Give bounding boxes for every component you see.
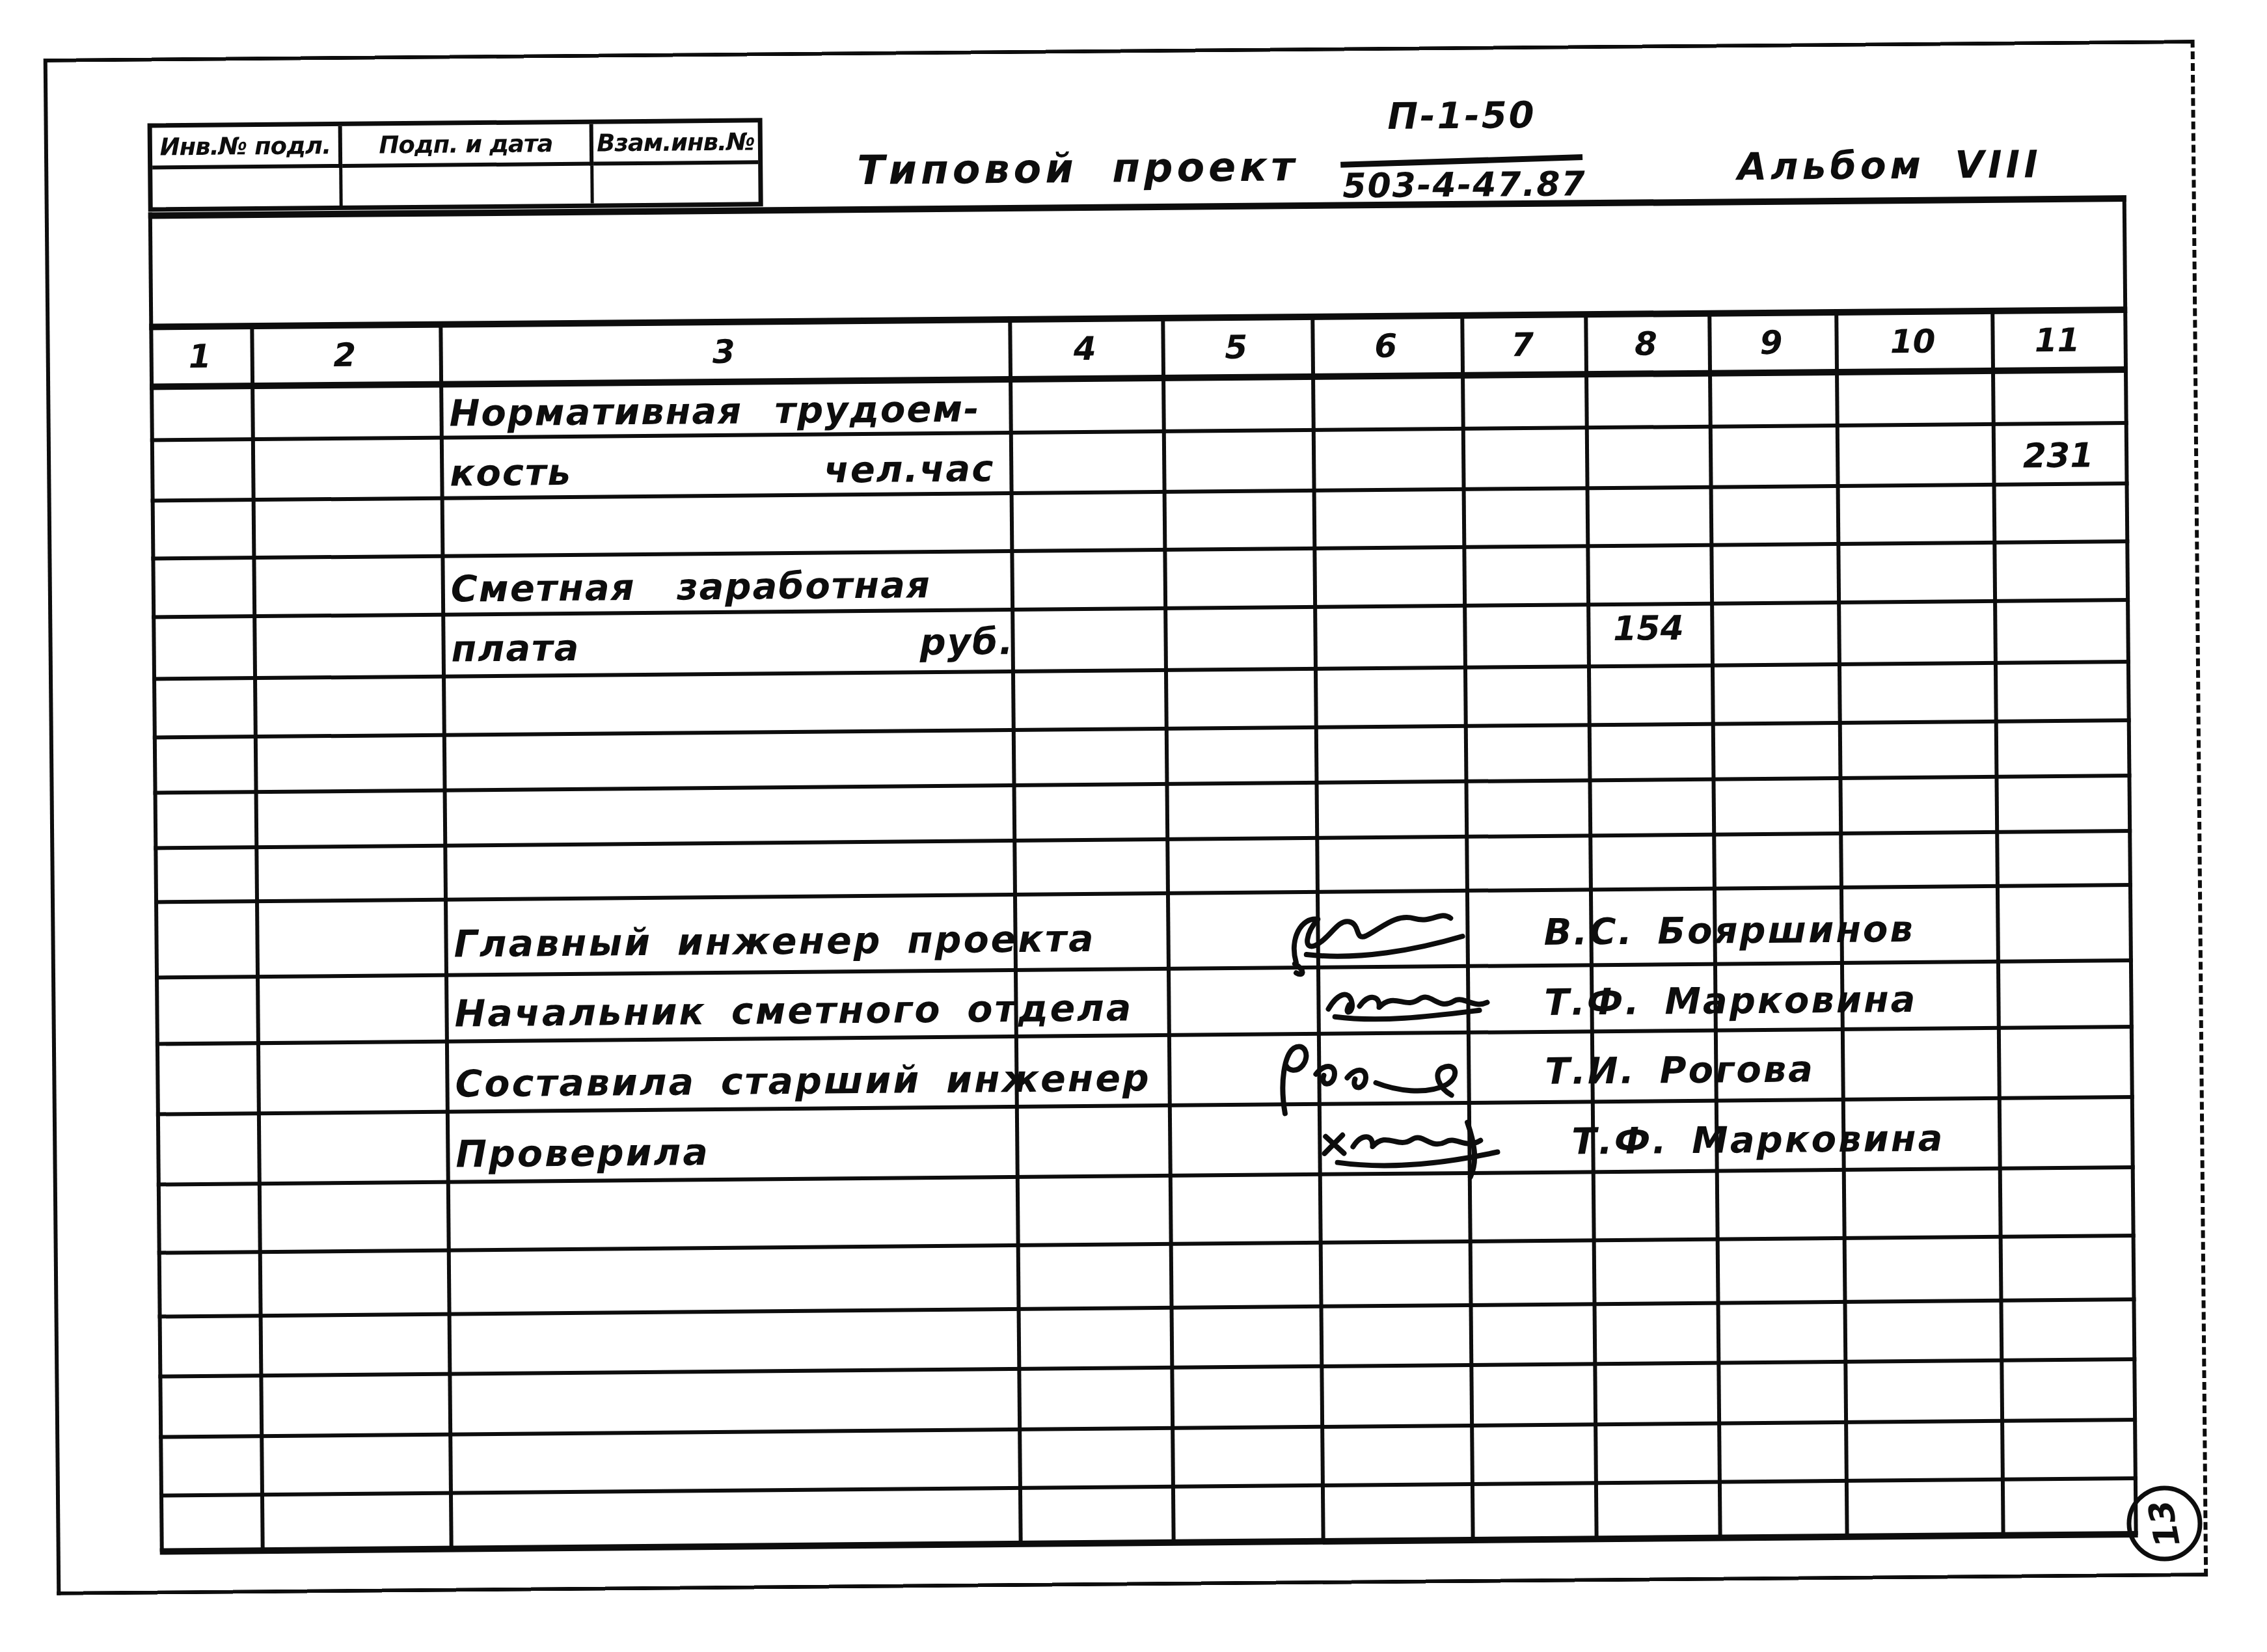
project-code-numerator: П-1-50 bbox=[1344, 96, 1579, 137]
signature-scribble-3 bbox=[1265, 1035, 1493, 1120]
column-header-5: 5 bbox=[1161, 319, 1311, 376]
stamp-cell-inv-no: Инв.№ подл. bbox=[152, 126, 343, 170]
signoff-name-checked-by: Т.Ф. Марковина bbox=[1571, 1120, 1945, 1162]
stamp-blank-cell bbox=[342, 166, 593, 206]
project-code-denominator: 503-4-47.87 bbox=[1337, 166, 1592, 205]
stamp-blank-cell bbox=[593, 164, 758, 203]
stamp-cell-repl-inv: Взам.инв.№ bbox=[593, 122, 759, 165]
page-number: 13 bbox=[2141, 1497, 2188, 1550]
signature-scribble-2 bbox=[1323, 973, 1493, 1030]
column-header-8: 8 bbox=[1584, 316, 1708, 373]
stamp-blank-cell bbox=[152, 168, 342, 208]
column-header-4: 4 bbox=[1008, 320, 1161, 377]
estimated-wages-value: 154 bbox=[1586, 610, 1710, 648]
signature-scribble-1 bbox=[1286, 899, 1476, 980]
signoff-role-compiled-by: Составила старший инженер bbox=[455, 1059, 1151, 1105]
labor-intensity-value: 231 bbox=[1992, 437, 2124, 475]
labor-intensity-unit: чел.час bbox=[824, 450, 995, 491]
labor-intensity-label-line2: кость bbox=[450, 454, 572, 494]
signoff-name-compiled-by: Т.И. Рогова bbox=[1545, 1050, 1815, 1092]
album-label: Альбом VIII bbox=[1737, 144, 2042, 187]
column-header-7: 7 bbox=[1460, 316, 1584, 373]
signature-scribble-4 bbox=[1318, 1111, 1507, 1186]
column-header-2: 2 bbox=[250, 327, 439, 385]
project-kind-label: Типовой проект bbox=[857, 145, 1298, 193]
labor-intensity-label-line1: Нормативная трудоем- bbox=[449, 390, 980, 434]
column-header-10: 10 bbox=[1834, 313, 1991, 370]
column-header-11: 11 bbox=[1990, 312, 2124, 369]
column-header-1: 1 bbox=[149, 328, 251, 385]
signoff-role-estimate-dept-head: Начальник сметного отдела bbox=[454, 988, 1133, 1035]
signoff-role-chief-engineer: Главный инженер проекта bbox=[454, 919, 1095, 965]
document-content: Инв.№ подл. Подп. и дата Взам.инв.№ Типо… bbox=[0, 0, 2267, 1652]
signoff-name-estimate-dept-head: Т.Ф. Марковина bbox=[1544, 981, 1918, 1023]
inventory-stamp: Инв.№ подл. Подп. и дата Взам.инв.№ bbox=[148, 118, 763, 211]
estimated-wages-unit: руб. bbox=[919, 623, 1014, 663]
page-number-circle: 13 bbox=[2126, 1485, 2203, 1562]
scanned-document-sheet: Инв.№ подл. Подп. и дата Взам.инв.№ Типо… bbox=[0, 0, 2267, 1652]
column-header-9: 9 bbox=[1707, 314, 1835, 372]
estimated-wages-label-line1: Сметная заработная bbox=[451, 566, 931, 610]
column-header-6: 6 bbox=[1310, 318, 1461, 375]
signoff-name-chief-engineer: В.С. Бояршинов bbox=[1543, 910, 1915, 953]
column-header-3: 3 bbox=[439, 321, 1009, 383]
estimated-wages-label-line2: плата bbox=[451, 629, 580, 670]
signoff-role-checked-by: Проверила bbox=[455, 1133, 710, 1175]
stamp-cell-sign-date: Подп. и дата bbox=[342, 124, 594, 168]
